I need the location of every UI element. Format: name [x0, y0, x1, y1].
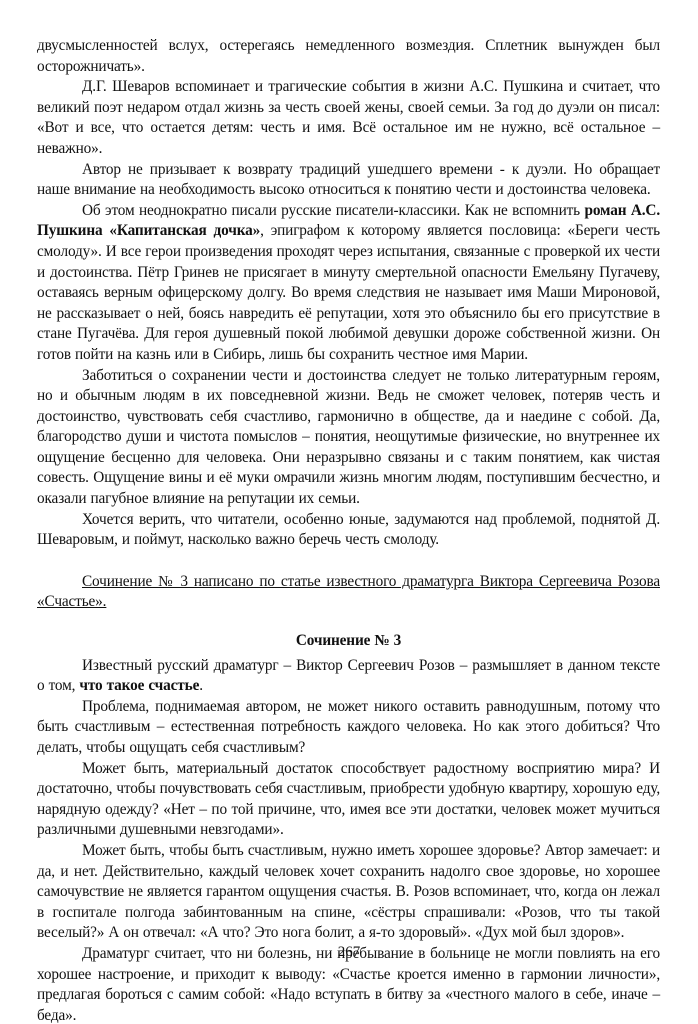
paragraph-text: Проблема, поднимаемая автором, не может …: [37, 698, 660, 756]
essay-paragraph: Проблема, поднимаемая автором, не может …: [37, 697, 660, 759]
essay-paragraph: Может быть, чтобы быть счастливым, нужно…: [37, 841, 660, 944]
paragraph: Д.Г. Шеваров вспоминает и трагические со…: [37, 77, 660, 159]
paragraph-text: двусмысленностей вслух, остерегаясь неме…: [37, 37, 660, 75]
paragraph-text: Может быть, чтобы быть счастливым, нужно…: [37, 842, 660, 941]
paragraph-text: , эпиграфом к которому является пословиц…: [37, 222, 660, 363]
paragraph: Об этом неоднократно писали русские писа…: [37, 201, 660, 366]
source-note: Сочинение № 3 написано по статье известн…: [37, 572, 660, 613]
paragraph-text: Об этом неоднократно писали русские писа…: [82, 202, 584, 219]
essay-heading: Сочинение № 3: [37, 631, 660, 652]
body-text: двусмысленностей вслух, остерегаясь неме…: [37, 36, 660, 1024]
paragraph-text: Хочется верить, что читатели, особенно ю…: [37, 511, 660, 549]
paragraph-text: Д.Г. Шеваров вспоминает и трагические со…: [37, 78, 660, 157]
paragraph-text: Заботиться о сохранении чести и достоинс…: [37, 367, 660, 508]
paragraph-text: .: [199, 677, 203, 694]
document-page: двусмысленностей вслух, остерегаясь неме…: [0, 0, 698, 1024]
essay-paragraph: Известный русский драматург – Виктор Сер…: [37, 656, 660, 697]
paragraph: Хочется верить, что читатели, особенно ю…: [37, 510, 660, 551]
paragraph-text: Может быть, материальный достаток способ…: [37, 760, 660, 839]
paragraph: Заботиться о сохранении чести и достоинс…: [37, 366, 660, 510]
bold-phrase: что такое счастье: [79, 677, 199, 694]
paragraph-text: Автор не призывает к возврату традиций у…: [37, 161, 660, 199]
paragraph: Автор не призывает к возврату традиций у…: [37, 160, 660, 201]
paragraph: двусмысленностей вслух, остерегаясь неме…: [37, 36, 660, 77]
spacer: [37, 551, 660, 572]
essay-paragraph: Может быть, материальный достаток способ…: [37, 759, 660, 841]
page-number: 267: [0, 944, 698, 961]
